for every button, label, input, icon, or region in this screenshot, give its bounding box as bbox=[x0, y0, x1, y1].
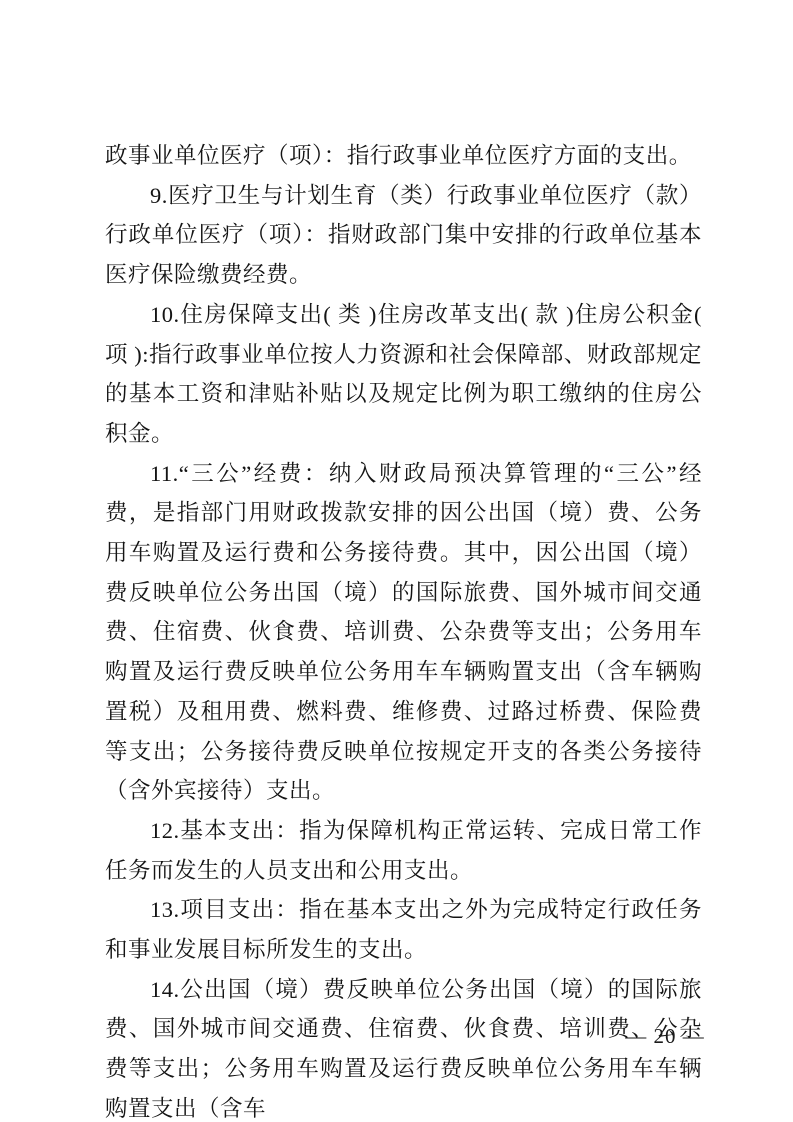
document-page: 政事业单位医疗（项）：指行政事业单位医疗方面的支出。 9.医疗卫生与计划生育（类… bbox=[0, 0, 793, 1122]
paragraph-14-official-travel-abroad: 14.公出国（境）费反映单位公务出国（境）的国际旅费、国外城市间交通费、住宿费、… bbox=[105, 970, 702, 1122]
paragraph-12-basic-expenditure: 12.基本支出：指为保障机构正常运转、完成日常工作任务而发生的人员支出和公用支出… bbox=[105, 811, 702, 890]
page-number: — 20 — bbox=[620, 1022, 710, 1050]
paragraph-9-medical-health: 9.医疗卫生与计划生育（类）行政事业单位医疗（款）行政单位医疗（项）：指财政部门… bbox=[105, 176, 702, 295]
paragraph-continued-medical-expense: 政事业单位医疗（项）：指行政事业单位医疗方面的支出。 bbox=[105, 136, 702, 176]
document-body: 政事业单位医疗（项）：指行政事业单位医疗方面的支出。 9.医疗卫生与计划生育（类… bbox=[105, 136, 702, 1122]
paragraph-13-project-expenditure: 13.项目支出：指在基本支出之外为完成特定行政任务和事业发展目标所发生的支出。 bbox=[105, 890, 702, 969]
paragraph-11-three-public-funds: 11.“三公”经费：纳入财政局预决算管理的“三公”经费，是指部门用财政拨款安排的… bbox=[105, 454, 702, 811]
paragraph-10-housing-fund: 10.住房保障支出( 类 )住房改革支出( 款 )住房公积金( 项 ):指行政事… bbox=[105, 295, 702, 454]
